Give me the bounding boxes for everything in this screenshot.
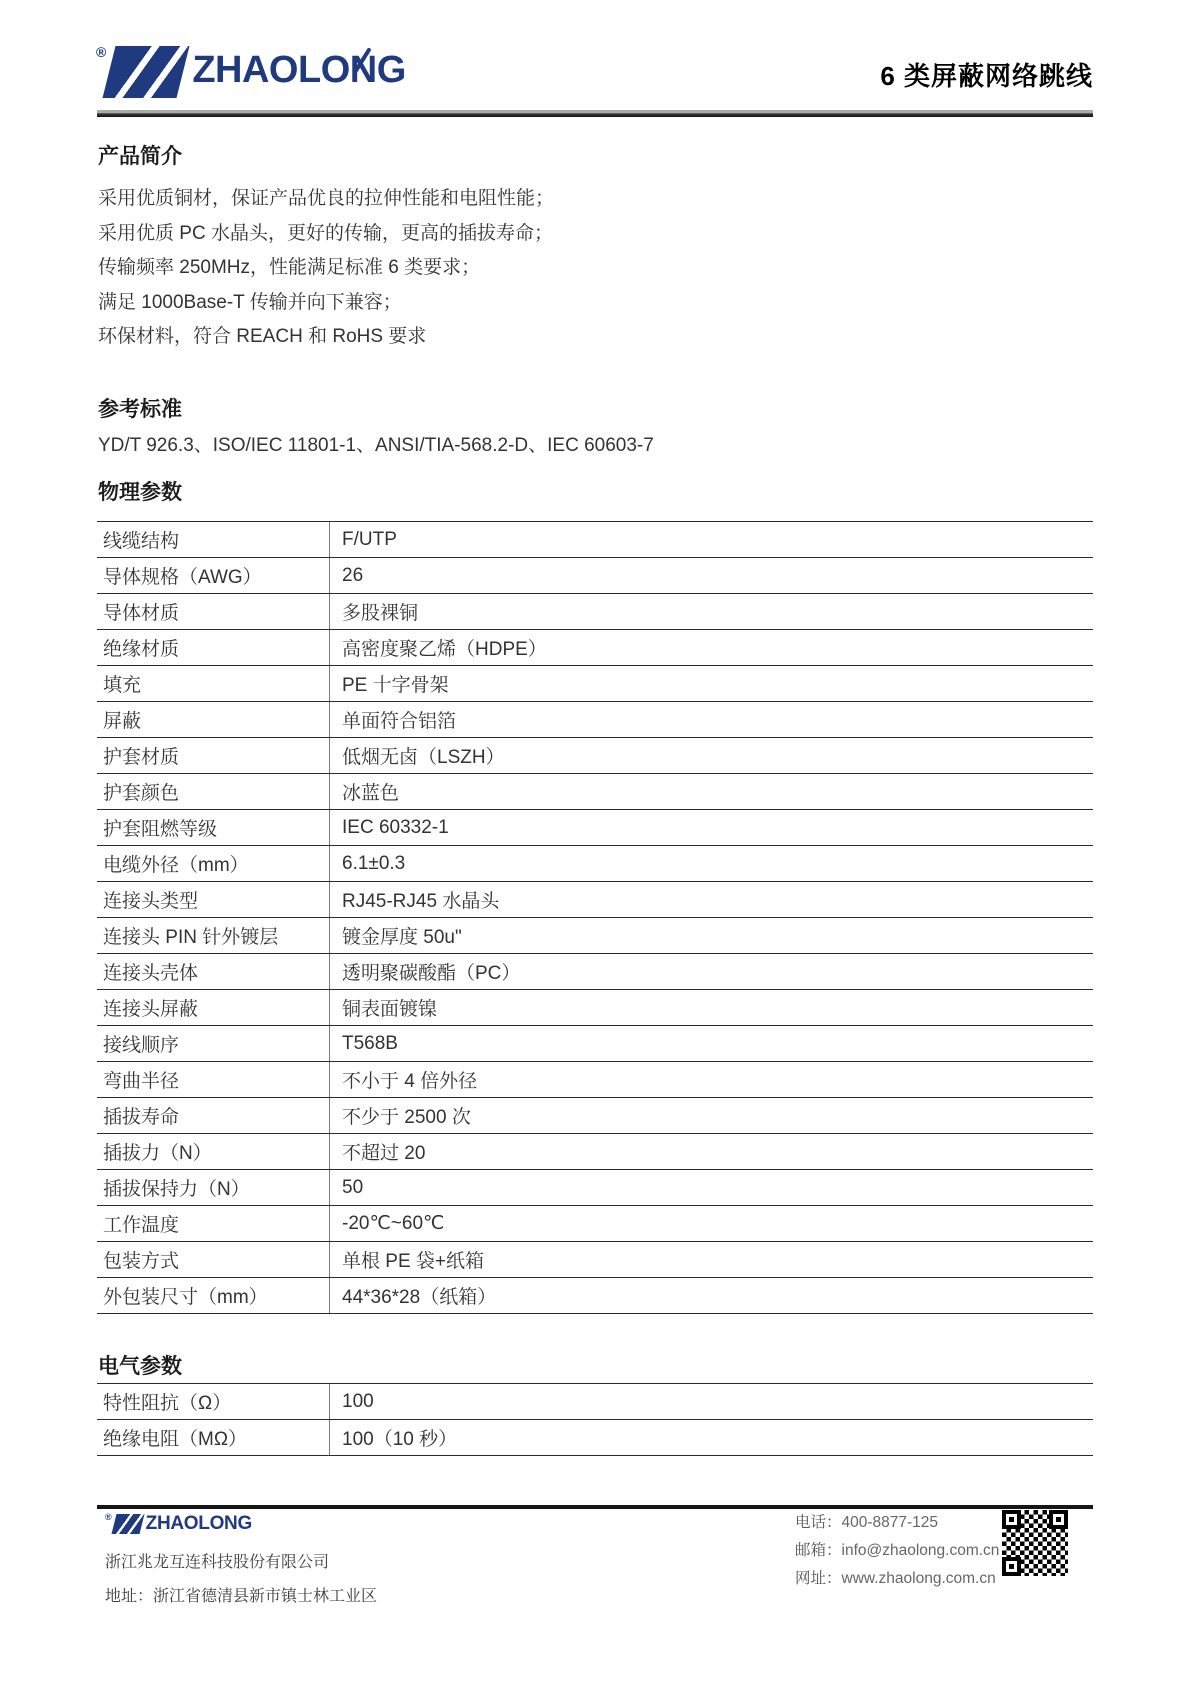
spec-label: 弯曲半径	[97, 1062, 330, 1097]
footer-contact-block: 电话：400-8877-125 邮箱：info@zhaolong.com.cn …	[795, 1510, 999, 1594]
spec-value: -20℃~60℃	[330, 1206, 1093, 1241]
spec-label: 插拔寿命	[97, 1098, 330, 1133]
spec-value: 6.1±0.3	[330, 846, 1093, 881]
physical-parameters-table: 线缆结构 F/UTP 导体规格（AWG） 26 导体材质 多股裸铜 绝缘材质 高…	[97, 521, 1093, 1314]
table-row: 填充 PE 十字骨架	[97, 666, 1093, 702]
spec-label: 连接头壳体	[97, 954, 330, 989]
qr-code	[1002, 1510, 1068, 1576]
table-row: 护套材质 低烟无卤（LSZH）	[97, 738, 1093, 774]
spec-label: 插拔保持力（N）	[97, 1170, 330, 1205]
spec-value: 不少于 2500 次	[330, 1098, 1093, 1133]
spec-value: 透明聚碳酸酯（PC）	[330, 954, 1093, 989]
table-row: 连接头屏蔽 铜表面镀镍	[97, 990, 1093, 1026]
contact-value: info@zhaolong.com.cn	[842, 1542, 1000, 1559]
spec-label: 线缆结构	[97, 522, 330, 557]
spec-label: 工作温度	[97, 1206, 330, 1241]
intro-line: 采用优质 PC 水晶头，更好的传输，更高的插拔寿命；	[98, 217, 1093, 252]
brand-logo-text: ZHAOLONG	[192, 42, 405, 98]
spec-label: 屏蔽	[97, 702, 330, 737]
brand-logo-word: ZHAOLONG	[192, 49, 405, 91]
table-row: 特性阻抗（Ω） 100	[97, 1384, 1093, 1420]
spec-value: 低烟无卤（LSZH）	[330, 738, 1093, 773]
section-heading-physical: 物理参数	[98, 476, 182, 506]
qr-finder-icon	[1002, 1557, 1021, 1576]
spec-label: 接线顺序	[97, 1026, 330, 1061]
spec-label: 特性阻抗（Ω）	[97, 1384, 330, 1419]
contact-row: 电话：400-8877-125	[795, 1510, 999, 1538]
footer-company-block: ® ZHAOLONG 浙江兆龙互连科技股份有限公司 地址：浙江省德清县新市镇士林…	[105, 1512, 377, 1606]
header-divider	[97, 110, 1093, 117]
table-row: 外包装尺寸（mm） 44*36*28（纸箱）	[97, 1278, 1093, 1314]
spec-label: 绝缘材质	[97, 630, 330, 665]
spec-label: 电缆外径（mm）	[97, 846, 330, 881]
intro-line: 传输频率 250MHz，性能满足标准 6 类要求；	[98, 251, 1093, 286]
table-row: 插拔力（N） 不超过 20	[97, 1134, 1093, 1170]
spec-value: 100（10 秒）	[330, 1420, 1093, 1455]
contact-label: 网址：	[795, 1570, 842, 1587]
spec-label: 护套颜色	[97, 774, 330, 809]
spec-value: RJ45-RJ45 水晶头	[330, 882, 1093, 917]
footer-brand-logo: ® ZHAOLONG	[105, 1512, 377, 1538]
electrical-parameters-table: 特性阻抗（Ω） 100 绝缘电阻（MΩ） 100（10 秒）	[97, 1383, 1093, 1456]
contact-label: 邮箱：	[795, 1542, 842, 1559]
spec-value: 单面符合铝箔	[330, 702, 1093, 737]
spec-value: F/UTP	[330, 522, 1093, 557]
contact-row: 邮箱：info@zhaolong.com.cn	[795, 1538, 999, 1566]
registered-mark: ®	[96, 44, 106, 60]
footer-brand-logo-text: ZHAOLONG	[146, 1512, 252, 1536]
qr-finder-icon	[1049, 1510, 1068, 1529]
spec-value: IEC 60332-1	[330, 810, 1093, 845]
contact-value: www.zhaolong.com.cn	[842, 1570, 996, 1587]
table-row: 护套颜色 冰蓝色	[97, 774, 1093, 810]
table-row: 插拔寿命 不少于 2500 次	[97, 1098, 1093, 1134]
table-row: 导体规格（AWG） 26	[97, 558, 1093, 594]
contact-row: 网址：www.zhaolong.com.cn	[795, 1566, 999, 1594]
intro-paragraphs: 采用优质铜材，保证产品优良的拉伸性能和电阻性能； 采用优质 PC 水晶头，更好的…	[98, 182, 1093, 355]
qr-finder-icon	[1002, 1510, 1021, 1529]
spec-value: 铜表面镀镍	[330, 990, 1093, 1025]
table-row: 连接头类型 RJ45-RJ45 水晶头	[97, 882, 1093, 918]
spec-value: 26	[330, 558, 1093, 593]
table-row: 线缆结构 F/UTP	[97, 522, 1093, 558]
table-row: 包装方式 单根 PE 袋+纸箱	[97, 1242, 1093, 1278]
registered-mark: ®	[105, 1512, 112, 1522]
spec-value: 100	[330, 1384, 1093, 1419]
table-row: 连接头壳体 透明聚碳酸酯（PC）	[97, 954, 1093, 990]
company-address: 地址：浙江省德清县新市镇士林工业区	[105, 1583, 377, 1606]
contact-label: 电话：	[795, 1514, 842, 1531]
spec-label: 填充	[97, 666, 330, 701]
spec-label: 导体规格（AWG）	[97, 558, 330, 593]
datasheet-page: ® ZHAOLONG 6 类屏蔽网络跳线 产品简介 采用优质铜材，保证产品优良的…	[0, 0, 1190, 1683]
intro-line: 采用优质铜材，保证产品优良的拉伸性能和电阻性能；	[98, 182, 1093, 217]
table-row: 连接头 PIN 针外镀层 镀金厚度 50u"	[97, 918, 1093, 954]
spec-label: 插拔力（N）	[97, 1134, 330, 1169]
section-heading-standards: 参考标准	[98, 393, 182, 423]
spec-label: 包装方式	[97, 1242, 330, 1277]
spec-label: 护套材质	[97, 738, 330, 773]
section-heading-intro: 产品简介	[98, 140, 182, 170]
brand-logo: ® ZHAOLONG	[96, 42, 406, 102]
spec-label: 连接头 PIN 针外镀层	[97, 918, 330, 953]
spec-value: 高密度聚乙烯（HDPE）	[330, 630, 1093, 665]
spec-value: 不超过 20	[330, 1134, 1093, 1169]
spec-label: 护套阻燃等级	[97, 810, 330, 845]
table-row: 弯曲半径 不小于 4 倍外径	[97, 1062, 1093, 1098]
standards-text: YD/T 926.3、ISO/IEC 11801-1、ANSI/TIA-568.…	[98, 430, 654, 457]
table-row: 护套阻燃等级 IEC 60332-1	[97, 810, 1093, 846]
table-row: 绝缘电阻（MΩ） 100（10 秒）	[97, 1420, 1093, 1456]
table-row: 工作温度 -20℃~60℃	[97, 1206, 1093, 1242]
spec-value: 44*36*28（纸箱）	[330, 1278, 1093, 1313]
spec-label: 连接头屏蔽	[97, 990, 330, 1025]
spec-value: 冰蓝色	[330, 774, 1093, 809]
table-row: 屏蔽 单面符合铝箔	[97, 702, 1093, 738]
spec-value: 50	[330, 1170, 1093, 1205]
table-row: 导体材质 多股裸铜	[97, 594, 1093, 630]
spec-label: 连接头类型	[97, 882, 330, 917]
table-row: 电缆外径（mm） 6.1±0.3	[97, 846, 1093, 882]
section-heading-electrical: 电气参数	[98, 1350, 182, 1380]
contact-value: 400-8877-125	[842, 1514, 939, 1531]
brand-z-icon	[111, 1514, 144, 1534]
table-row: 绝缘材质 高密度聚乙烯（HDPE）	[97, 630, 1093, 666]
spec-value: T568B	[330, 1026, 1093, 1061]
spec-label: 导体材质	[97, 594, 330, 629]
company-name: 浙江兆龙互连科技股份有限公司	[105, 1549, 377, 1572]
intro-line: 满足 1000Base-T 传输并向下兼容；	[98, 286, 1093, 321]
spec-value: 镀金厚度 50u"	[330, 918, 1093, 953]
brand-z-icon	[103, 46, 190, 98]
footer-divider	[97, 1505, 1093, 1509]
spec-value: 单根 PE 袋+纸箱	[330, 1242, 1093, 1277]
spec-value: 多股裸铜	[330, 594, 1093, 629]
table-row: 接线顺序 T568B	[97, 1026, 1093, 1062]
spec-label: 外包装尺寸（mm）	[97, 1278, 330, 1313]
spec-value: PE 十字骨架	[330, 666, 1093, 701]
table-row: 插拔保持力（N） 50	[97, 1170, 1093, 1206]
document-title: 6 类屏蔽网络跳线	[880, 56, 1093, 93]
intro-line: 环保材料，符合 REACH 和 RoHS 要求	[98, 320, 1093, 355]
spec-label: 绝缘电阻（MΩ）	[97, 1420, 330, 1455]
spec-value: 不小于 4 倍外径	[330, 1062, 1093, 1097]
